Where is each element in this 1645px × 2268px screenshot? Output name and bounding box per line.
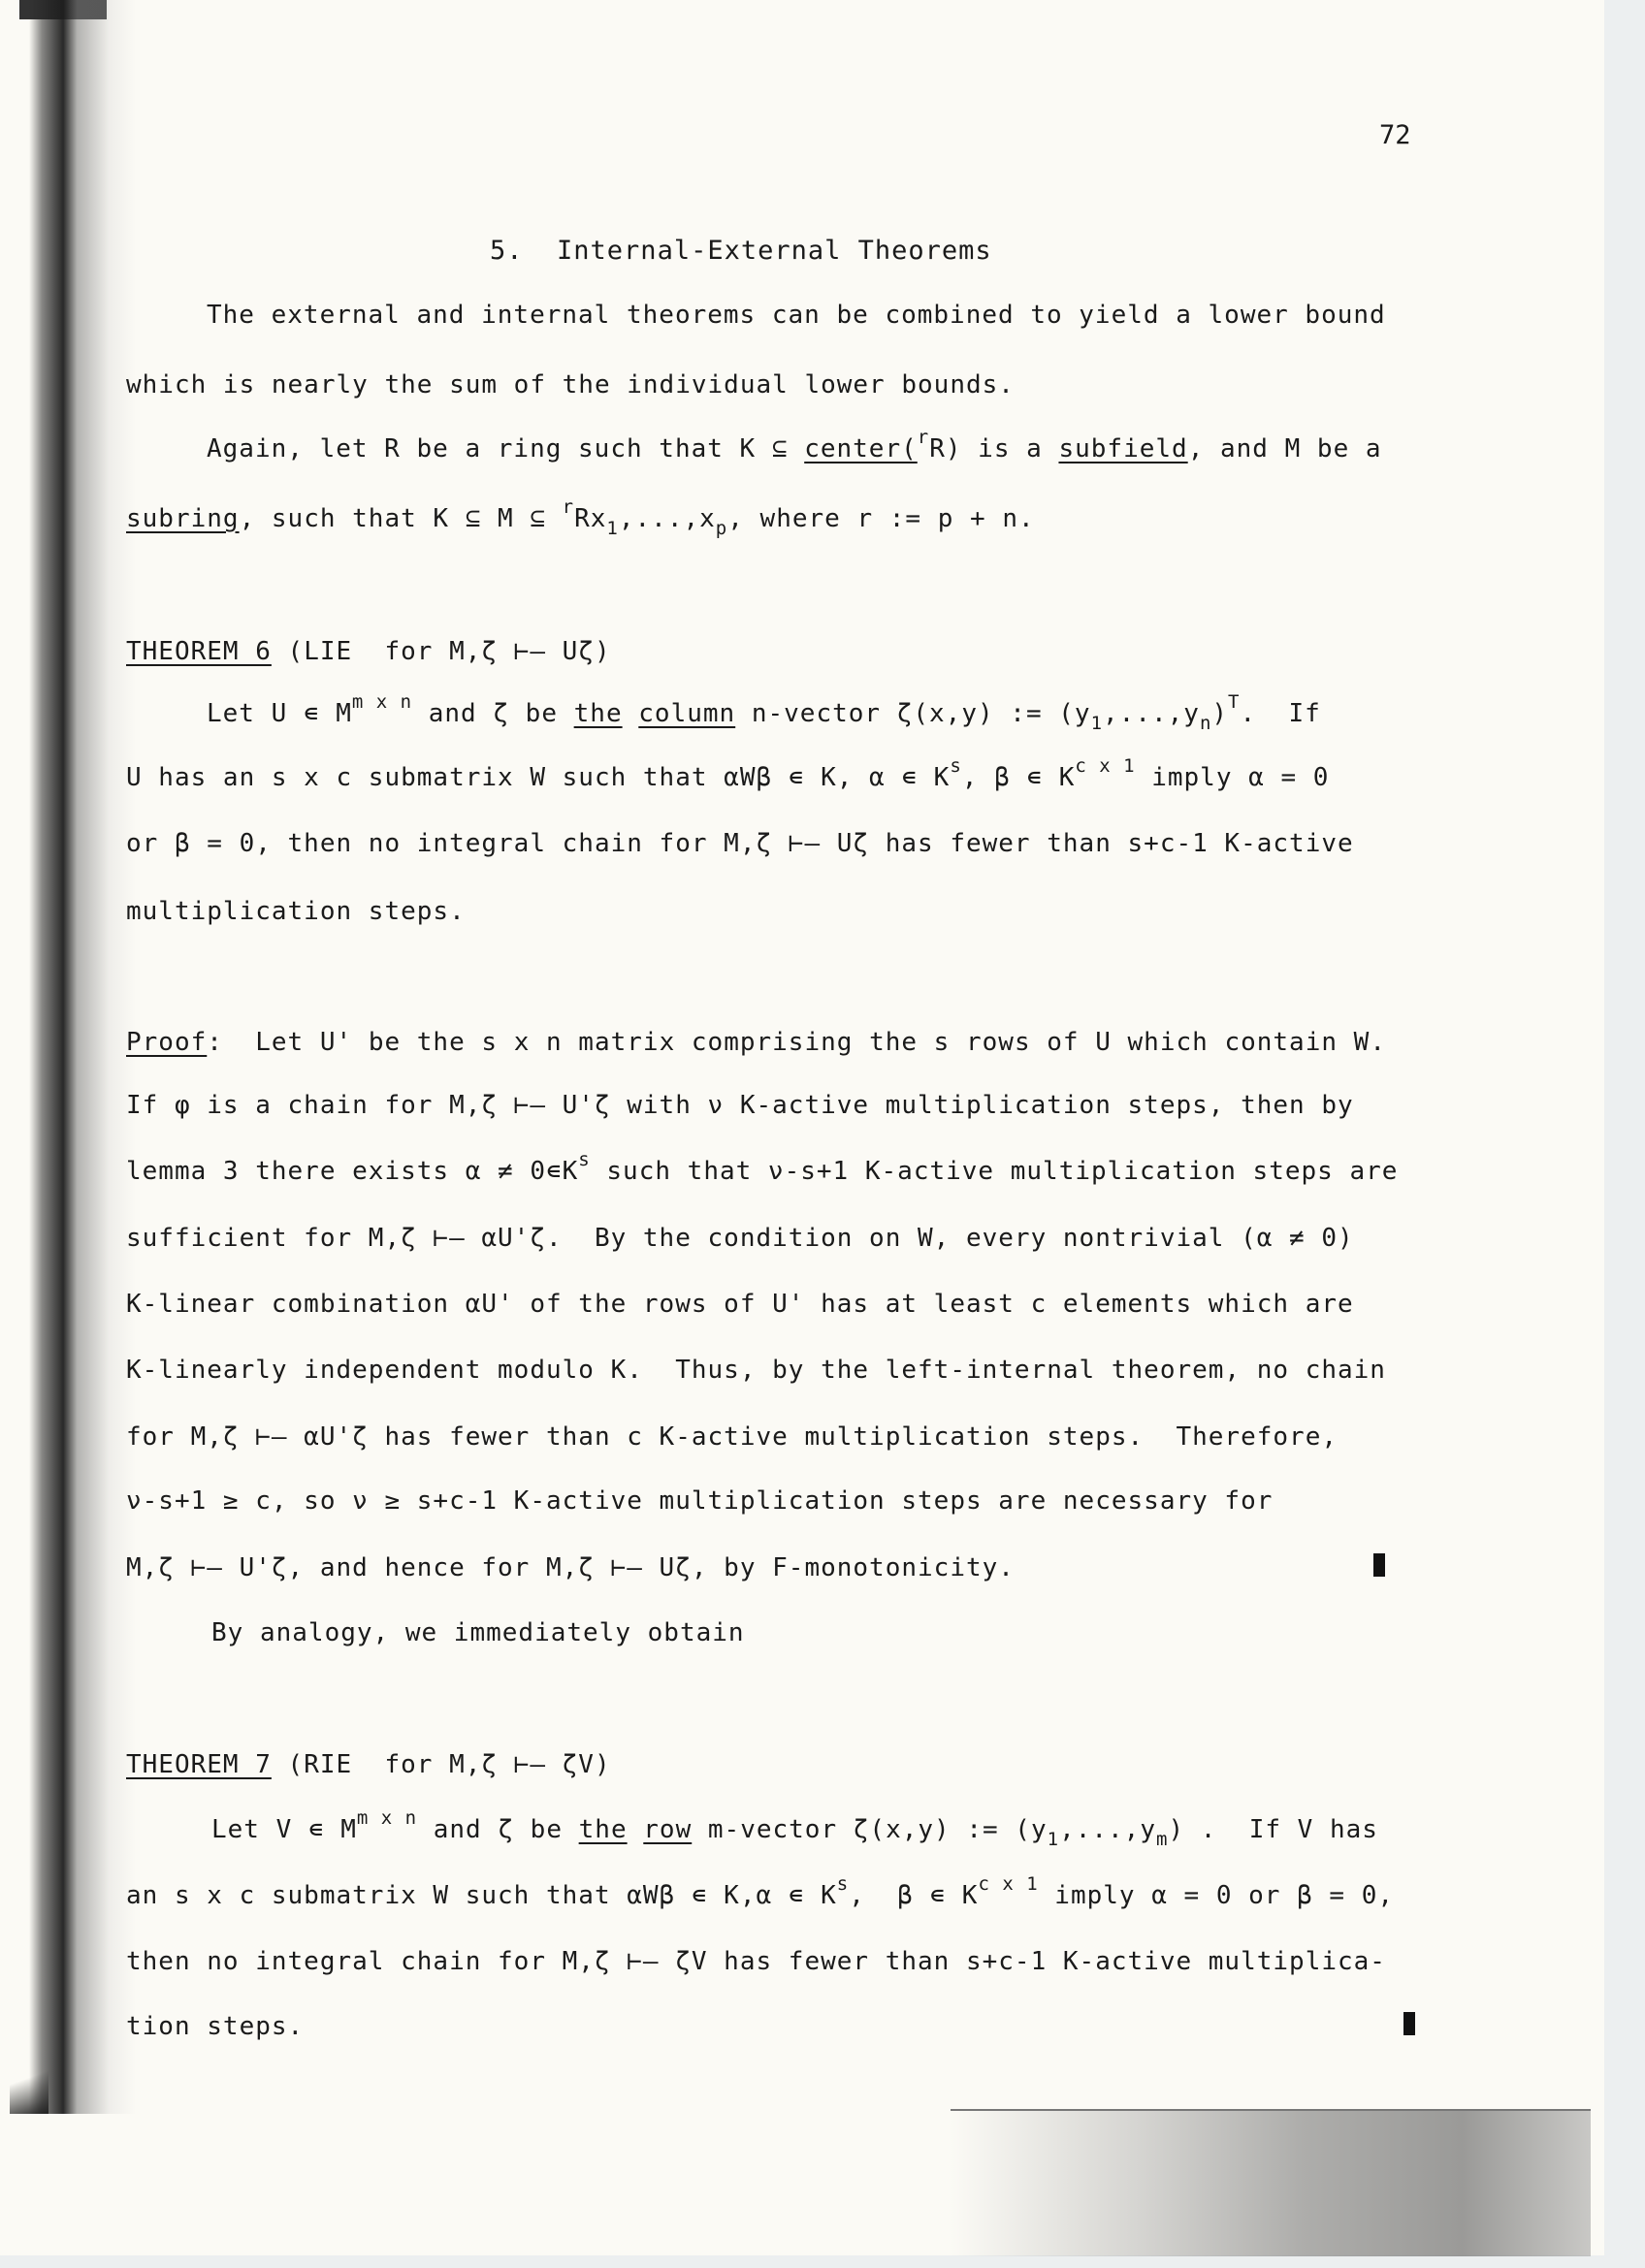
underlined-term-subring: subring (126, 504, 240, 533)
superscript: m x n (352, 691, 412, 713)
section-heading: 5. Internal-External Theorems (490, 237, 992, 266)
text: Again, let R be a ring such that K ⊆ (207, 434, 804, 463)
proof-line7: for M,ζ ⊢— αU'ζ has fewer than c K-activ… (126, 1422, 1338, 1452)
binding-shadow-foot (10, 2056, 48, 2114)
superscript: T (1228, 691, 1240, 713)
superscript: r (918, 427, 929, 448)
proof-line1: Proof: Let U' be the s x n matrix compri… (126, 1028, 1386, 1057)
theorem7-line2: an s x c submatrix W such that αWβ ∊ K,α… (126, 1881, 1394, 1910)
text: . If (1241, 699, 1321, 728)
proof-line4: sufficient for M,ζ ⊢— αU'ζ. By the condi… (126, 1224, 1354, 1253)
text: ,...,y (1103, 699, 1200, 728)
intro-p2-line1: Again, let R be a ring such that K ⊆ cen… (207, 434, 1382, 463)
theorem-title: (RIE for M,ζ ⊢— ζV) (272, 1750, 611, 1779)
text: R) (929, 434, 961, 463)
superscript: r (563, 496, 574, 518)
superscript: s (578, 1149, 590, 1170)
theorem6-line2: U has an s x c submatrix W such that αWβ… (126, 763, 1329, 792)
text: U has an s x c submatrix W such that αWβ… (126, 763, 950, 792)
theorem7-heading: THEOREM 7 (RIE for M,ζ ⊢— ζV) (126, 1750, 611, 1779)
proof-line5: K-linear combination αU' of the rows of … (126, 1290, 1354, 1319)
section-number: 5. (490, 236, 524, 266)
text: Rx (574, 504, 606, 533)
scanned-page: 72 5. Internal-External Theorems The ext… (0, 0, 1604, 2255)
subscript: 1 (606, 518, 618, 539)
underlined-word: the (579, 1815, 628, 1844)
underlined-term-subfield: subfield (1058, 434, 1187, 463)
subscript: m (1156, 1829, 1168, 1850)
proof-line3: lemma 3 there exists α ≠ 0∊Ks such that … (126, 1157, 1398, 1186)
theorem6-line1: Let U ∊ Mm x n and ζ be the column n-vec… (207, 699, 1321, 728)
qed-mark (1403, 2012, 1415, 2035)
text: ,...,x (619, 504, 716, 533)
analogy-line: By analogy, we immediately obtain (211, 1618, 745, 1647)
underlined-word: row (643, 1815, 692, 1844)
intro-p1-line1: The external and internal theorems can b… (207, 301, 1386, 330)
underlined-word: column (638, 699, 735, 728)
underlined-term-center: center( (804, 434, 918, 463)
text: , β ∊ K (962, 763, 1076, 792)
theorem-label: THEOREM 6 (126, 637, 272, 666)
superscript: s (837, 1873, 849, 1895)
subscript: 1 (1048, 1829, 1059, 1850)
text: such that ν-s+1 K-active multiplication … (591, 1157, 1399, 1186)
superscript: c x 1 (978, 1873, 1038, 1895)
text: n-vector ζ(x,y) := (y (735, 699, 1090, 728)
text (623, 699, 639, 728)
text: Let U ∊ M (207, 699, 352, 728)
theorem6-heading: THEOREM 6 (LIE for M,ζ ⊢— Uζ) (126, 637, 611, 666)
proof-line2: If φ is a chain for M,ζ ⊢— U'ζ with ν K-… (126, 1091, 1354, 1120)
theorem7-line4: tion steps. (126, 2012, 304, 2041)
text: and ζ be (417, 1815, 579, 1844)
section-title: Internal-External Theorems (557, 236, 992, 266)
scan-shadow-bottom (951, 2109, 1591, 2256)
subscript: 1 (1091, 713, 1103, 734)
theorem6-line3: or β = 0, then no integral chain for M,ζ… (126, 829, 1354, 858)
text: , such that K ⊆ M ⊆ (240, 504, 563, 533)
superscript: s (950, 755, 961, 777)
text: Let V ∊ M (211, 1815, 357, 1844)
text: imply α = 0 (1136, 763, 1330, 792)
text (628, 1815, 644, 1844)
subscript: p (716, 518, 727, 539)
superscript: c x 1 (1075, 755, 1135, 777)
text: an s x c submatrix W such that αWβ ∊ K,α… (126, 1881, 837, 1910)
intro-p1-line2: which is nearly the sum of the individua… (126, 370, 1015, 399)
text: is a (962, 434, 1059, 463)
text: lemma 3 there exists α ≠ 0∊K (126, 1157, 578, 1186)
qed-mark (1373, 1553, 1385, 1577)
text: m-vector ζ(x,y) := (y (692, 1815, 1047, 1844)
page-number: 72 (1379, 120, 1411, 150)
theorem7-line1: Let V ∊ Mm x n and ζ be the row m-vector… (211, 1815, 1378, 1844)
text: ,...,y (1059, 1815, 1156, 1844)
theorem6-line4: multiplication steps. (126, 897, 466, 926)
proof-line9: M,ζ ⊢— U'ζ, and hence for M,ζ ⊢— Uζ, by … (126, 1553, 1015, 1582)
subscript: n (1200, 713, 1211, 734)
theorem7-line3: then no integral chain for M,ζ ⊢— ζV has… (126, 1947, 1386, 1976)
text: and ζ be (412, 699, 574, 728)
superscript: m x n (357, 1807, 417, 1829)
binding-shadow (29, 0, 136, 2114)
proof-label: Proof (126, 1028, 207, 1057)
text: ) (1211, 699, 1228, 728)
text: , where r := p + n. (727, 504, 1034, 533)
text: , β ∊ K (849, 1881, 978, 1910)
text: , and M be a (1188, 434, 1382, 463)
text: imply α = 0 or β = 0, (1039, 1881, 1394, 1910)
text: ) . If V has (1168, 1815, 1378, 1844)
proof-line6: K-linearly independent modulo K. Thus, b… (126, 1356, 1386, 1385)
text: : Let U' be the s x n matrix comprising … (207, 1028, 1386, 1057)
proof-line8: ν-s+1 ≥ c, so ν ≥ s+c-1 K-active multipl… (126, 1486, 1273, 1516)
theorem-label: THEOREM 7 (126, 1750, 272, 1779)
underlined-word: the (574, 699, 623, 728)
theorem-title: (LIE for M,ζ ⊢— Uζ) (272, 637, 611, 666)
intro-p2-line2: subring, such that K ⊆ M ⊆ rRx1,...,xp, … (126, 504, 1035, 533)
